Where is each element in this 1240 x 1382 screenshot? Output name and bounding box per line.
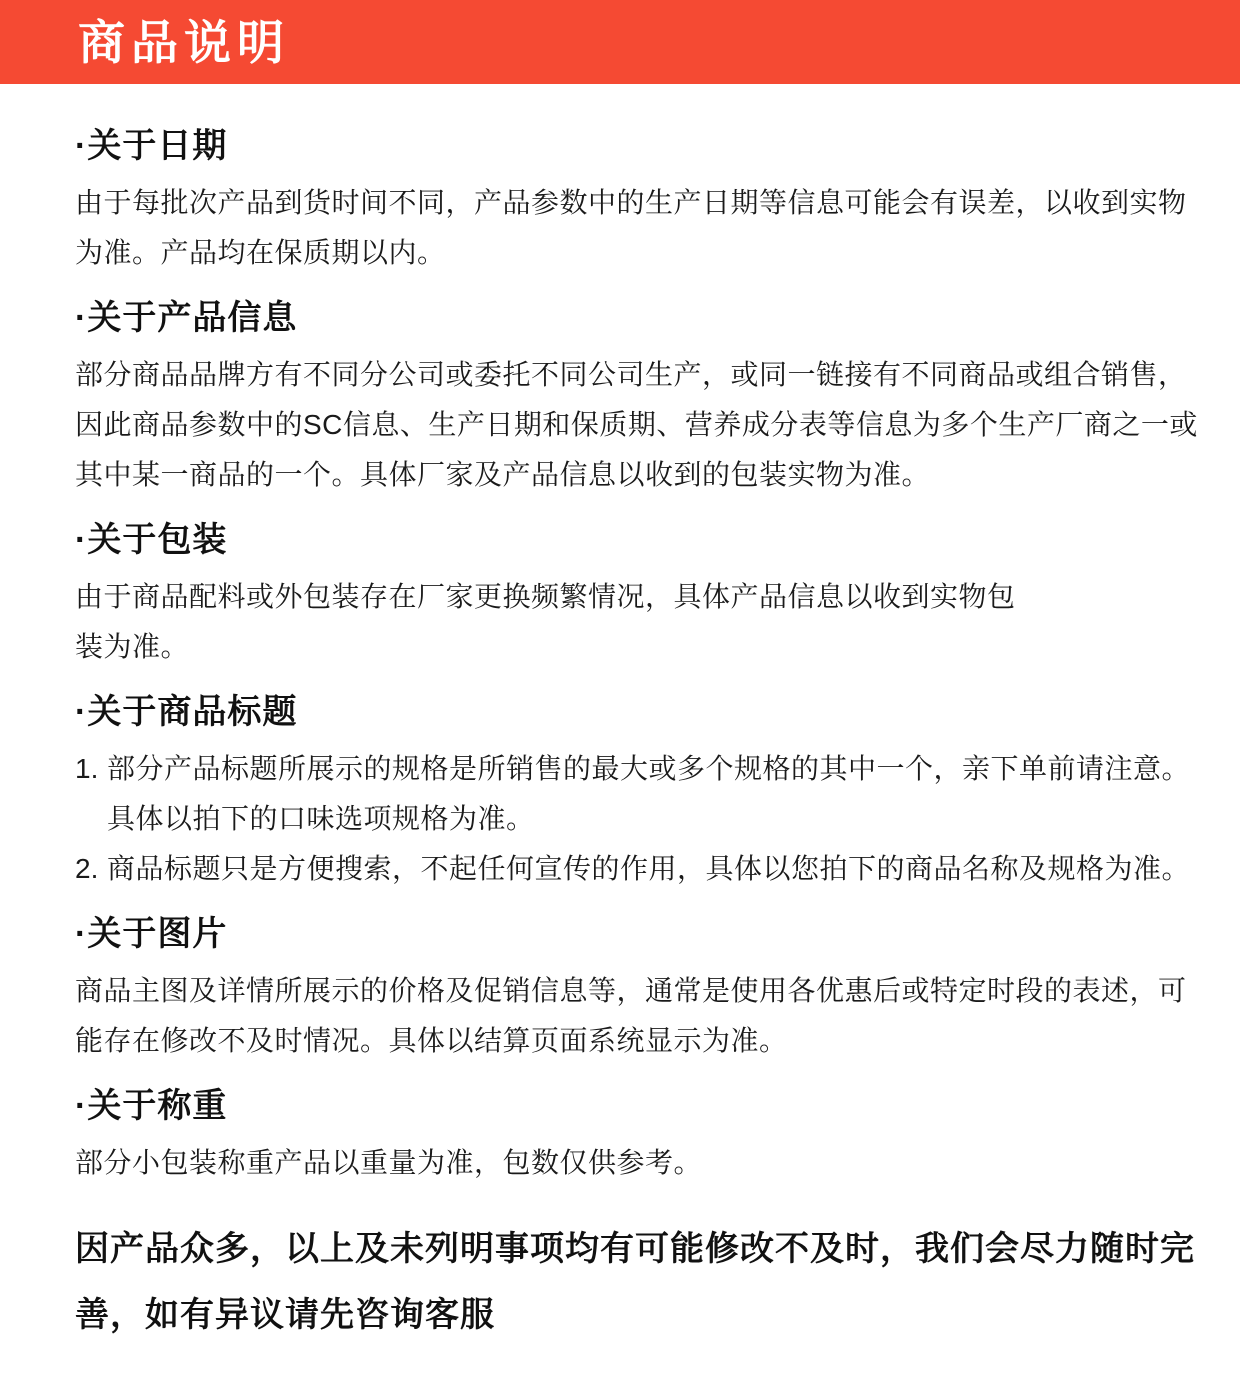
body-line: 为准。产品均在保质期以内。: [75, 228, 1170, 278]
footer-line: 善，如有异议请先咨询客服: [75, 1282, 1170, 1348]
page-title: 商品说明: [78, 19, 290, 66]
body-line: 由于每批次产品到货时间不同，产品参数中的生产日期等信息可能会有误差，以收到实物: [75, 178, 1170, 228]
section-body: 1. 部分产品标题所展示的规格是所销售的最大或多个规格的其中一个，亲下单前请注意…: [75, 744, 1170, 894]
list-item-marker: 1.: [75, 744, 107, 794]
section-about-product-info: ·关于产品信息 部分商品品牌方有不同分公司或委托不同公司生产，或同一链接有不同商…: [75, 300, 1170, 500]
body-line: 由于商品配料或外包装存在厂家更换频繁情况，具体产品信息以收到实物包: [75, 572, 1170, 622]
section-heading: ·关于日期: [75, 128, 1170, 164]
section-heading: ·关于图片: [75, 916, 1170, 952]
section-about-packaging: ·关于包装 由于商品配料或外包装存在厂家更换频繁情况，具体产品信息以收到实物包 …: [75, 522, 1170, 672]
list-item: 1. 部分产品标题所展示的规格是所销售的最大或多个规格的其中一个，亲下单前请注意…: [75, 744, 1170, 844]
list-item-text: 商品标题只是方便搜索，不起任何宣传的作用，具体以您拍下的商品名称及规格为准。: [107, 844, 1190, 894]
section-about-product-title: ·关于商品标题 1. 部分产品标题所展示的规格是所销售的最大或多个规格的其中一个…: [75, 694, 1170, 894]
footer-line: 因产品众多，以上及未列明事项均有可能修改不及时，我们会尽力随时完: [75, 1216, 1170, 1282]
section-body: 部分商品品牌方有不同分公司或委托不同公司生产，或同一链接有不同商品或组合销售， …: [75, 350, 1170, 500]
list-item-marker: 2.: [75, 844, 107, 894]
body-line: 装为准。: [75, 622, 1170, 672]
section-about-date: ·关于日期 由于每批次产品到货时间不同，产品参数中的生产日期等信息可能会有误差，…: [75, 128, 1170, 278]
body-line: 部分小包装称重产品以重量为准，包数仅供参考。: [75, 1138, 1170, 1188]
list-item: 2. 商品标题只是方便搜索，不起任何宣传的作用，具体以您拍下的商品名称及规格为准…: [75, 844, 1170, 894]
section-body: 部分小包装称重产品以重量为准，包数仅供参考。: [75, 1138, 1170, 1188]
section-body: 由于每批次产品到货时间不同，产品参数中的生产日期等信息可能会有误差，以收到实物 …: [75, 178, 1170, 278]
header-banner: 商品说明: [0, 0, 1240, 84]
body-line: 部分商品品牌方有不同分公司或委托不同公司生产，或同一链接有不同商品或组合销售，: [75, 350, 1170, 400]
section-heading: ·关于产品信息: [75, 300, 1170, 336]
section-about-images: ·关于图片 商品主图及详情所展示的价格及促销信息等，通常是使用各优惠后或特定时段…: [75, 916, 1170, 1066]
body-line: 其中某一商品的一个。具体厂家及产品信息以收到的包装实物为准。: [75, 450, 1170, 500]
section-heading: ·关于包装: [75, 522, 1170, 558]
body-line: 商品标题只是方便搜索，不起任何宣传的作用，具体以您拍下的商品名称及规格为准。: [107, 844, 1190, 894]
section-about-weighing: ·关于称重 部分小包装称重产品以重量为准，包数仅供参考。: [75, 1088, 1170, 1188]
body-line: 商品主图及详情所展示的价格及促销信息等，通常是使用各优惠后或特定时段的表述，可: [75, 966, 1170, 1016]
body-line: 能存在修改不及时情况。具体以结算页面系统显示为准。: [75, 1016, 1170, 1066]
section-heading: ·关于商品标题: [75, 694, 1170, 730]
body-line: 具体以拍下的口味选项规格为准。: [107, 794, 1190, 844]
section-body: 由于商品配料或外包装存在厂家更换频繁情况，具体产品信息以收到实物包 装为准。: [75, 572, 1170, 672]
body-line: 因此商品参数中的SC信息、生产日期和保质期、营养成分表等信息为多个生产厂商之一或: [75, 400, 1170, 450]
footer-notice: 因产品众多，以上及未列明事项均有可能修改不及时，我们会尽力随时完 善，如有异议请…: [75, 1216, 1170, 1348]
section-heading: ·关于称重: [75, 1088, 1170, 1124]
body-line: 部分产品标题所展示的规格是所销售的最大或多个规格的其中一个，亲下单前请注意。: [107, 744, 1190, 794]
list-item-text: 部分产品标题所展示的规格是所销售的最大或多个规格的其中一个，亲下单前请注意。 具…: [107, 744, 1190, 844]
section-body: 商品主图及详情所展示的价格及促销信息等，通常是使用各优惠后或特定时段的表述，可 …: [75, 966, 1170, 1066]
content: ·关于日期 由于每批次产品到货时间不同，产品参数中的生产日期等信息可能会有误差，…: [0, 128, 1240, 1348]
